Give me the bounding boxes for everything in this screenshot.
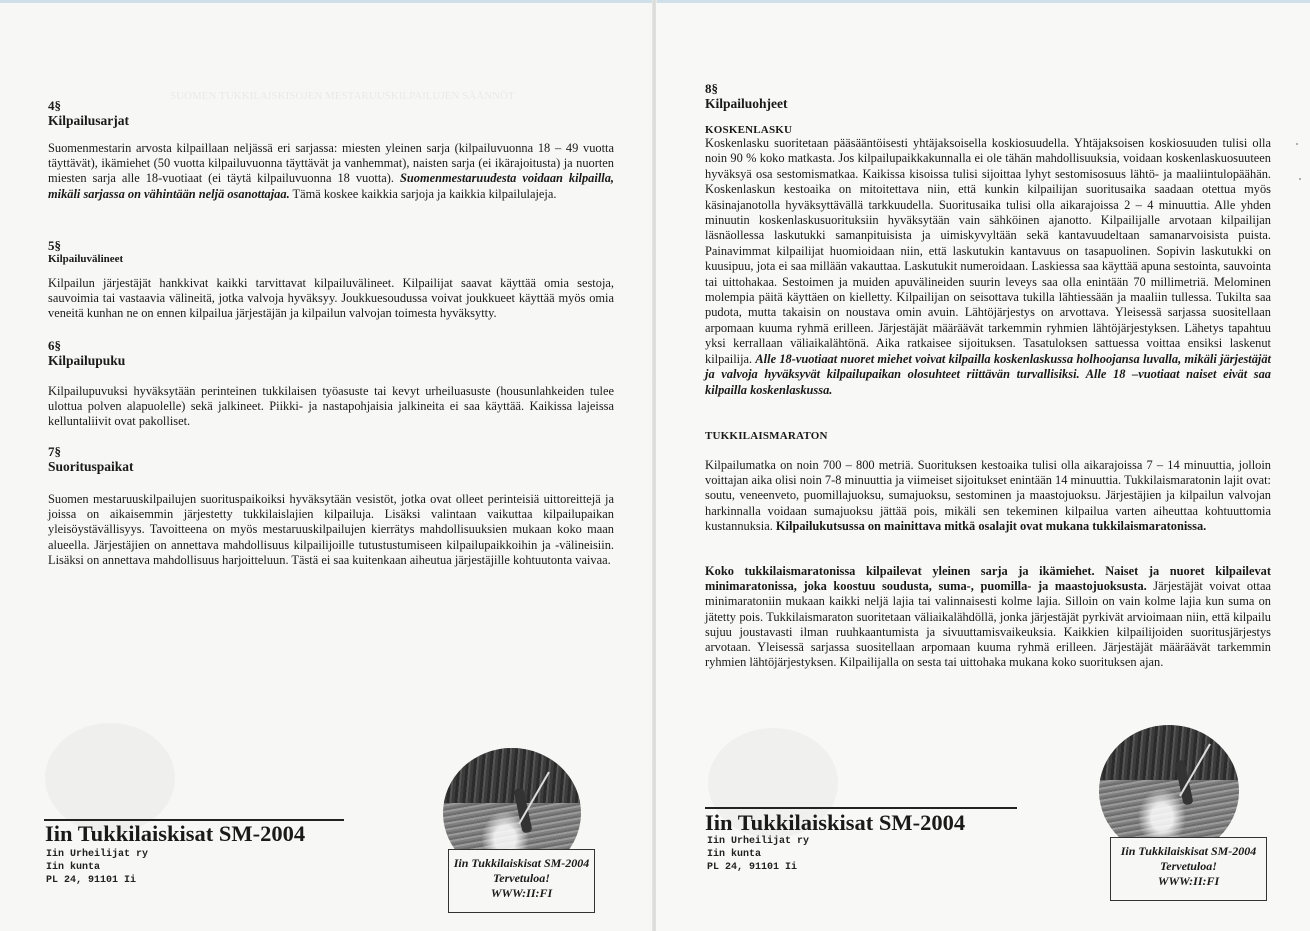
bleed-through-circle — [45, 723, 175, 833]
section-title: Kilpailuvälineet — [48, 252, 123, 267]
tukkilaismaraton-body-2: Koko tukkilaismaratonissa kilpailevat yl… — [705, 564, 1271, 670]
address-block: Iin Urheilijat ryIin kuntaPL 24, 91101 I… — [46, 848, 148, 887]
left-page: SUOMEN TUKKILAISKISOJEN MESTARUUSKILPAIL… — [0, 3, 654, 931]
footer-rule — [705, 807, 1017, 809]
bleed-through-text: SUOMEN TUKKILAISKISOJEN MESTARUUSKILPAIL… — [170, 89, 515, 103]
scan-speck — [1299, 178, 1301, 180]
section-number: 5§ — [48, 239, 61, 253]
scan-speck — [1296, 143, 1298, 145]
welcome-caption-box: Iin Tukkilaiskisat SM-2004 Tervetuloa! W… — [448, 849, 595, 913]
koskenlasku-body: Koskenlasku suoritetaan pääsääntöisesti … — [705, 136, 1271, 398]
section-title: Kilpailuohjeet — [705, 96, 788, 111]
section-body: Kilpailupuvuksi hyväksytään perinteinen … — [48, 384, 614, 430]
section-body: Kilpailun järjestäjät hankkivat kaikki t… — [48, 276, 614, 322]
welcome-caption-box: Iin Tukkilaiskisat SM-2004 Tervetuloa! W… — [1110, 837, 1267, 901]
section-number: 6§ — [48, 339, 61, 353]
right-page: 8§ Kilpailuohjeet KOSKENLASKU Koskenlask… — [656, 3, 1310, 931]
section-title: Suorituspaikat — [48, 459, 134, 474]
tukkilaismaraton-body: Kilpailumatka on noin 700 – 800 metriä. … — [705, 458, 1271, 534]
section-number: 8§ — [705, 82, 718, 96]
section-number: 4§ — [48, 99, 61, 113]
subsection-heading: KOSKENLASKU — [705, 124, 792, 136]
section-body: Suomen mestaruuskilpailujen suorituspaik… — [48, 492, 614, 568]
subsection-heading: TUKKILAISMARATON — [705, 430, 828, 442]
section-body: Suomenmestarin arvosta kilpaillaan neljä… — [48, 141, 614, 202]
brand-title: Iin Tukkilaiskisat SM-2004 — [705, 811, 965, 835]
section-title: Kilpailusarjat — [48, 113, 129, 128]
section-title: Kilpailupuku — [48, 353, 125, 368]
section-number: 7§ — [48, 445, 61, 459]
address-block: Iin Urheilijat ryIin kuntaPL 24, 91101 I… — [707, 835, 809, 874]
brand-title: Iin Tukkilaiskisat SM-2004 — [45, 822, 305, 846]
